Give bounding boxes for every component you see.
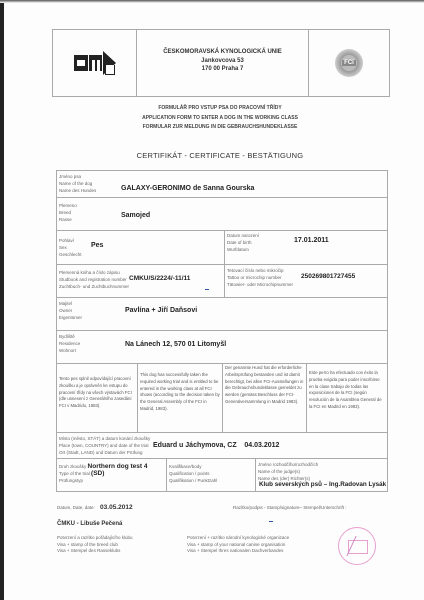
fci-globe-icon: FCI bbox=[335, 49, 363, 77]
org-street: Jankovcova 53 bbox=[201, 57, 244, 66]
date-label: Datum, Date, date: bbox=[57, 505, 95, 510]
judge-value: Klub severských psů – Ing.Radovan Lysák bbox=[259, 481, 386, 488]
sex-birth-row: Pohlaví Sex Geschlecht Pes Datum narozen… bbox=[57, 231, 387, 265]
statement-cz: Tento pes splnil odpovídající pracovní z… bbox=[57, 364, 138, 432]
letterhead: ČESKOMORAVSKÁ KYNOLOGICKÁ UNIE Jankovcov… bbox=[52, 29, 390, 97]
organization-address: ČESKOMORAVSKÁ KYNOLOGICKÁ UNIE Jankovcov… bbox=[137, 30, 309, 96]
scan-top-shadow bbox=[0, 0, 424, 3]
statement-en: This dog has successfully taken the requ… bbox=[138, 364, 223, 432]
form-titles: FORMULÁŘ PRO VSTUP PSA DO PRACOVNÍ TŘÍDY… bbox=[52, 104, 388, 133]
residence-row: Bydliště Residence Wohnort Na Lánech 12,… bbox=[57, 331, 387, 364]
date-value: 03.05.2012 bbox=[100, 504, 133, 511]
fci-logo-text: FCI bbox=[342, 60, 356, 66]
residence-labels: Bydliště Residence Wohnort bbox=[57, 331, 82, 363]
club-visa: Potvrzení a razítko pořádajícího klubu V… bbox=[57, 535, 133, 555]
cmku-logo-cell bbox=[53, 30, 137, 96]
studbook-value: CMKU/S/2224/-11/11 bbox=[129, 275, 190, 282]
chip-value: 250269801727455 bbox=[301, 273, 355, 280]
official-stamp-icon bbox=[338, 527, 376, 565]
title-de: FORMULAR ZUR MELDUNG IN DIE GEBRAUCHSHUN… bbox=[52, 123, 388, 133]
dog-name-row: Jméno psa Name of the dog Name des Hunde… bbox=[57, 171, 387, 198]
owner-labels: Majitel Owner Eigentümer bbox=[57, 298, 84, 330]
breed-value: Samojed bbox=[121, 212, 150, 219]
national-visa: Potvrzení + razítko národní kynologické … bbox=[187, 535, 289, 555]
date-line: Datum, Date, date: 03.05.2012 bbox=[57, 505, 133, 512]
birth-cell: Datum narození Date of birth Wurfdatum 1… bbox=[225, 231, 387, 264]
place-date-value: Eduard u Jáchymova, CZ 04.03.2012 bbox=[153, 442, 279, 449]
signature-icon bbox=[346, 536, 378, 556]
trial-judge-row: Druh zkoušky Northern dog test 4 Type of… bbox=[57, 459, 387, 491]
scan-edge bbox=[0, 0, 4, 600]
breed-row: Plemeno Breed Rasse Samojed bbox=[57, 198, 387, 231]
statement-de: Der genannte Hund hat die erforderliche … bbox=[223, 364, 307, 432]
dog-name-labels: Jméno psa Name of the dog Name des Hunde… bbox=[57, 171, 98, 197]
breed-labels: Plemeno Breed Rasse bbox=[57, 198, 79, 230]
title-en: APPLICATION FORM TO ENTER A DOG IN THE W… bbox=[52, 114, 388, 124]
birth-value: 17.01.2011 bbox=[294, 237, 329, 244]
org-city: 170 00 Praha 7 bbox=[202, 65, 244, 74]
pen-mark-2 bbox=[269, 521, 273, 522]
certificate-title: CERTIFIKÁT - CERTIFICATE - BESTÄTIGUNG bbox=[52, 151, 388, 160]
sex-value: Pes bbox=[91, 242, 103, 249]
place-date-row: Místo (město, STÁT) a datum konání zkouš… bbox=[57, 433, 387, 459]
statement-es: Este perro ha efectuado con éxito la pru… bbox=[307, 364, 387, 432]
org-name: ČESKOMORAVSKÁ KYNOLOGICKÁ UNIE bbox=[163, 48, 282, 57]
place-labels: Místo (město, STÁT) a datum konání zkouš… bbox=[57, 433, 152, 458]
stamp-label: Razítko/podpis - Stamp/signature– Stempe… bbox=[233, 505, 347, 512]
signer-name: ČMKU - Libuše Pečená bbox=[57, 521, 122, 527]
owner-row: Majitel Owner Eigentümer Pavlína + Jiří … bbox=[57, 298, 387, 331]
owner-value: Pavlína + Jiří Daňsovi bbox=[125, 307, 197, 314]
statements-row: Tento pes splnil odpovídající pracovní z… bbox=[57, 364, 387, 433]
chip-cell: Tetovací číslo nebo mikročip Tattoo or m… bbox=[225, 265, 387, 297]
residence-value: Na Lánech 12, 570 01 Litomyšl bbox=[125, 341, 226, 348]
judge-cell: Jméno rozhodčího/rozhodčích Name of the … bbox=[256, 459, 387, 491]
dog-name-value: GALAXY-GERONIMO de Sanna Gourska bbox=[121, 185, 254, 192]
trial-type-value: Northern dog test 4 bbox=[88, 463, 148, 470]
studbook-chip-row: Plemenná kniha a číslo zápisu Studbook a… bbox=[57, 265, 387, 298]
pen-mark bbox=[205, 289, 209, 290]
cmku-logo-icon bbox=[74, 51, 116, 75]
qualification-cell: Kvalifikace/body Qualification / points … bbox=[167, 459, 256, 491]
title-cz: FORMULÁŘ PRO VSTUP PSA DO PRACOVNÍ TŘÍDY bbox=[52, 104, 388, 114]
fci-logo-cell: FCI bbox=[309, 30, 389, 96]
trial-type-code: (SD) bbox=[91, 470, 104, 477]
studbook-cell: Plemenná kniha a číslo zápisu Studbook a… bbox=[57, 265, 225, 297]
sex-cell: Pohlaví Sex Geschlecht Pes bbox=[57, 231, 225, 264]
trial-type-cell: Druh zkoušky Northern dog test 4 Type of… bbox=[57, 459, 167, 491]
certificate-form: Jméno psa Name of the dog Name des Hunde… bbox=[56, 170, 388, 492]
